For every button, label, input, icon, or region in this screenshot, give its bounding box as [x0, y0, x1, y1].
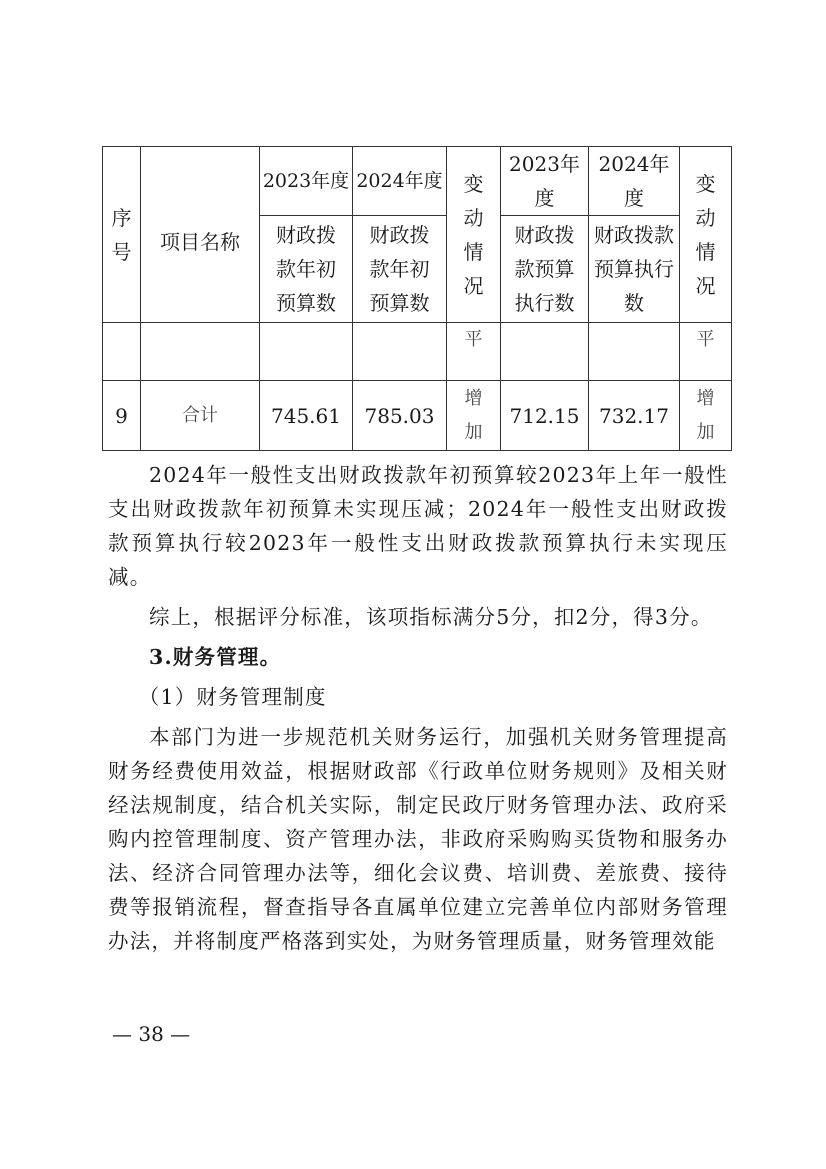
table-row: 9 合计 745.61 785.03 增加 712.15 732.17 增加	[103, 381, 732, 451]
section-heading: 3.财务管理。	[108, 640, 728, 674]
cell-name: 合计	[141, 381, 260, 451]
cell-seq: 9	[103, 381, 141, 451]
cell-exec-2023: 712.15	[501, 381, 589, 451]
page-number: — 38 —	[112, 1022, 190, 1046]
header-2023: 2023年度	[260, 147, 353, 216]
paragraph-score: 综上，根据评分标准，该项指标满分5分，扣2分，得3分。	[108, 600, 728, 634]
cell-name	[141, 323, 260, 381]
cell-budget-2024	[353, 323, 447, 381]
header-2024-exec: 2024年度	[589, 147, 680, 216]
subheader-budget-2023: 财政拨款年初预算数	[260, 216, 353, 323]
header-change-1: 变动情况	[447, 147, 501, 323]
header-2024: 2024年度	[353, 147, 447, 216]
table-row: 平 平	[103, 323, 732, 381]
cell-budget-2023: 745.61	[260, 381, 353, 451]
cell-change-2: 增加	[680, 381, 732, 451]
body-text: 2024年一般性支出财政拨款年初预算较2023年上年一般性支出财政拨款年初预算未…	[108, 458, 728, 958]
cell-change-1: 增加	[447, 381, 501, 451]
cell-exec-2024: 732.17	[589, 381, 680, 451]
cell-exec-2023	[501, 323, 589, 381]
header-name: 项目名称	[141, 147, 260, 323]
header-seq: 序号	[103, 147, 141, 323]
cell-change-2: 平	[680, 323, 732, 381]
paragraph-reduction: 2024年一般性支出财政拨款年初预算较2023年上年一般性支出财政拨款年初预算未…	[108, 458, 728, 594]
budget-comparison-table: 序号 项目名称 2023年度 2024年度 变动情况 2023年度 2024年度…	[102, 146, 732, 451]
subheader-budget-2024: 财政拨款年初预算数	[353, 216, 447, 323]
paragraph-financial-management: 本部门为进一步规范机关财务运行，加强机关财务管理提高财务经费使用效益，根据财政部…	[108, 720, 728, 958]
cell-change-1: 平	[447, 323, 501, 381]
header-change-2: 变动情况	[680, 147, 732, 323]
cell-exec-2024	[589, 323, 680, 381]
cell-seq	[103, 323, 141, 381]
subsection-heading: （1）财务管理制度	[108, 680, 728, 714]
cell-budget-2023	[260, 323, 353, 381]
header-2023-exec: 2023年度	[501, 147, 589, 216]
cell-budget-2024: 785.03	[353, 381, 447, 451]
subheader-exec-2023: 财政拨款预算执行数	[501, 216, 589, 323]
subheader-exec-2024: 财政拨款预算执行数	[589, 216, 680, 323]
